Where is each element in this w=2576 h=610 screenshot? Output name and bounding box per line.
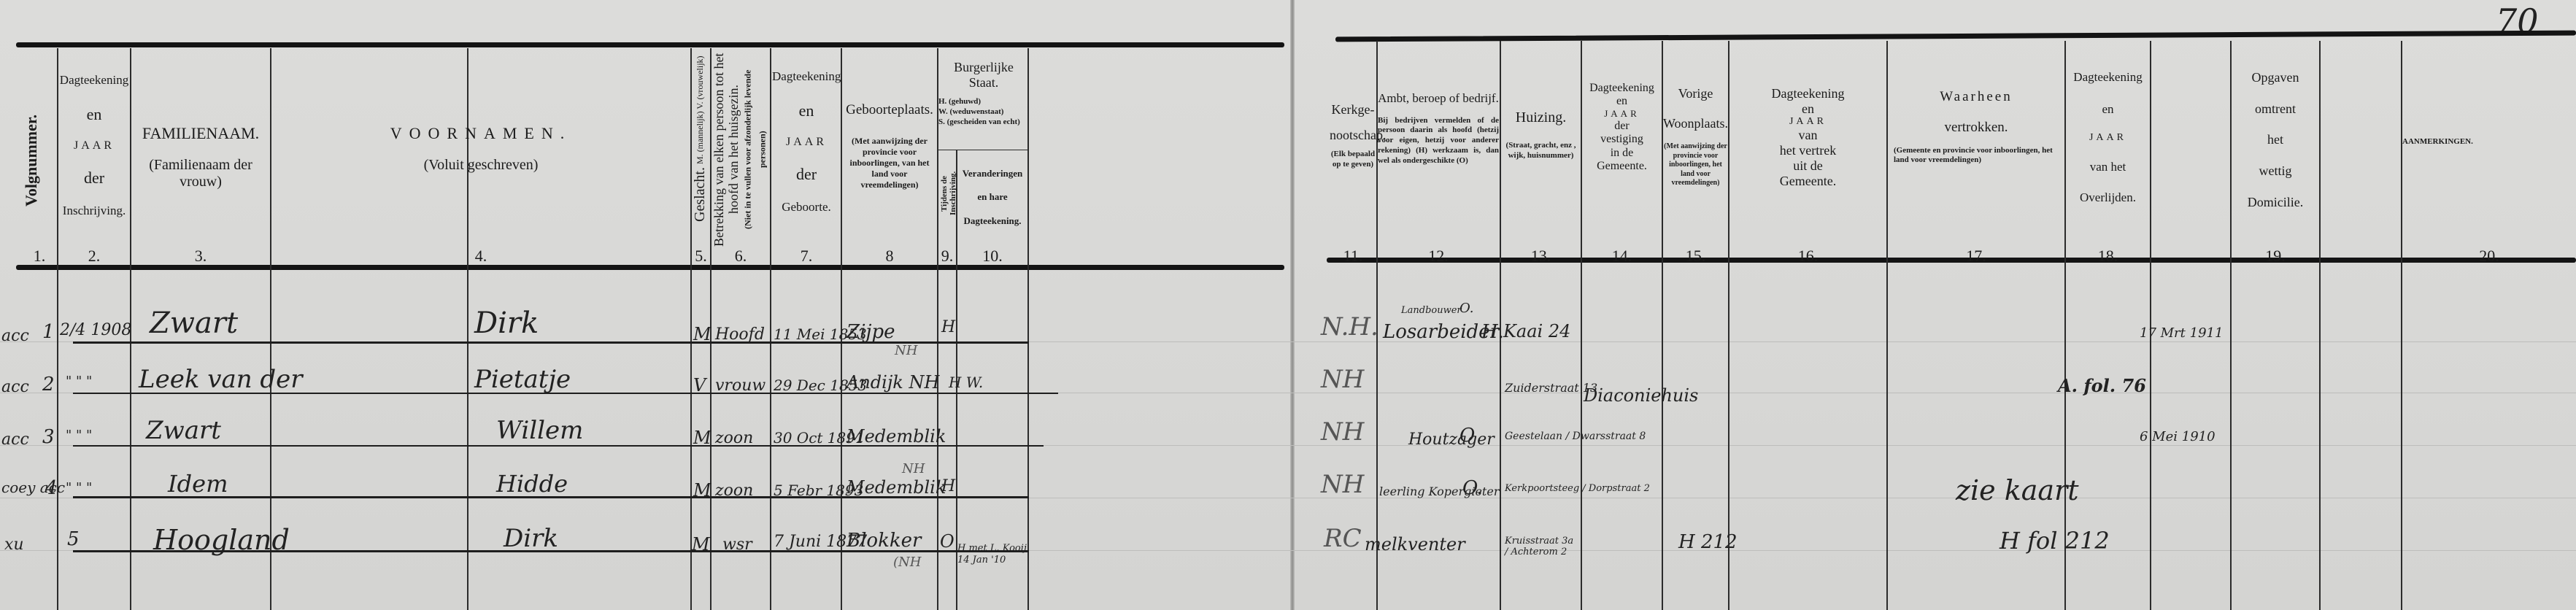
register-left-page — [0, 0, 1293, 610]
col-num-9: 9. — [938, 247, 956, 266]
col-num-12: 12. — [1378, 247, 1499, 266]
col-num-8: 8 — [842, 247, 937, 266]
header-kerkgenootschap: Kerkge- nootschap. (Elk bepaald op te ge… — [1330, 102, 1376, 170]
header-betrekking: Betrekking van elken persoon tot het hoo… — [712, 51, 769, 248]
header-tijdens-inschrijving: Tijdens de Inschrijving. — [940, 157, 956, 230]
col-num-17: 17. — [1888, 247, 2064, 266]
col-num-20: 20. — [2402, 247, 2576, 266]
header-vertrek: Dagteekening en JAAR van het vertrek uit… — [1729, 86, 1886, 188]
header-domicilie: Opgaven omtrent het wettig Domicilie. — [2232, 70, 2319, 209]
header-huizing: Huizing. (Straat, gracht, enz , wijk, hu… — [1501, 109, 1581, 161]
col-num-18: 18. — [2066, 247, 2150, 266]
header-top-rule — [16, 42, 1284, 47]
header-aanmerkingen: AANMERKINGEN. — [2402, 137, 2576, 147]
col-num-16: 16. — [1729, 247, 1886, 266]
header-vestiging: Dagteekening en JAAR der vestiging in de… — [1582, 82, 1662, 173]
header-inschrijving: Dagteekening en JAAR der Inschrijving. — [58, 73, 130, 217]
col-num-1: 1. — [22, 247, 57, 266]
header-waarheen: Waarheen vertrokken. (Gemeente en provin… — [1888, 89, 2064, 166]
col-num-2: 2. — [58, 247, 130, 266]
header-familienaam: FAMILIENAAM. (Familienaam der vrouw) — [131, 124, 270, 190]
col-num-7: 7. — [772, 247, 841, 266]
header-geboorteplaats: Geboorteplaats. (Met aanwijzing der prov… — [842, 102, 937, 190]
col-num-14: 14. — [1582, 247, 1662, 266]
header-voornamen: VOORNAMEN. (Voluit geschreven) — [271, 124, 690, 174]
col-num-15: 15. — [1663, 247, 1728, 266]
header-geboorte: Dagteekening en JAAR der Geboorte. — [772, 69, 841, 214]
header-bottom-rule — [16, 265, 1284, 270]
header-volgnummer: Volgnummer. — [22, 102, 51, 219]
header-burgerlijke-staat: Burgerlijke Staat. H. (gehuwd) W. (weduw… — [938, 60, 1029, 128]
col-num-5: 5. — [692, 247, 710, 266]
col-num-10: 10. — [957, 247, 1027, 266]
col-num-19: 19. — [2232, 247, 2319, 266]
header-vorige-woonplaats: Vorige Woonplaats. (Met aanwijzing der p… — [1663, 86, 1728, 188]
col-num-13: 13. — [1501, 247, 1581, 266]
book-gutter — [1290, 0, 1295, 610]
header-overlijden: Dagteekening en JAAR van het Overlijden. — [2066, 70, 2150, 204]
header-veranderingen: Veranderingen en hare Dagteekening. — [957, 168, 1027, 227]
col-num-11: 11. — [1330, 247, 1376, 266]
header-geslacht: Geslacht. M. (mannelijk) V. (vrouwelijk) — [692, 51, 709, 226]
col-num-3: 3. — [131, 247, 270, 266]
header-ambt-beroep: Ambt, beroep of bedrijf. Bij bedrijven v… — [1378, 91, 1499, 166]
col-num-6: 6. — [712, 247, 769, 266]
col-num-4: 4. — [271, 247, 690, 266]
